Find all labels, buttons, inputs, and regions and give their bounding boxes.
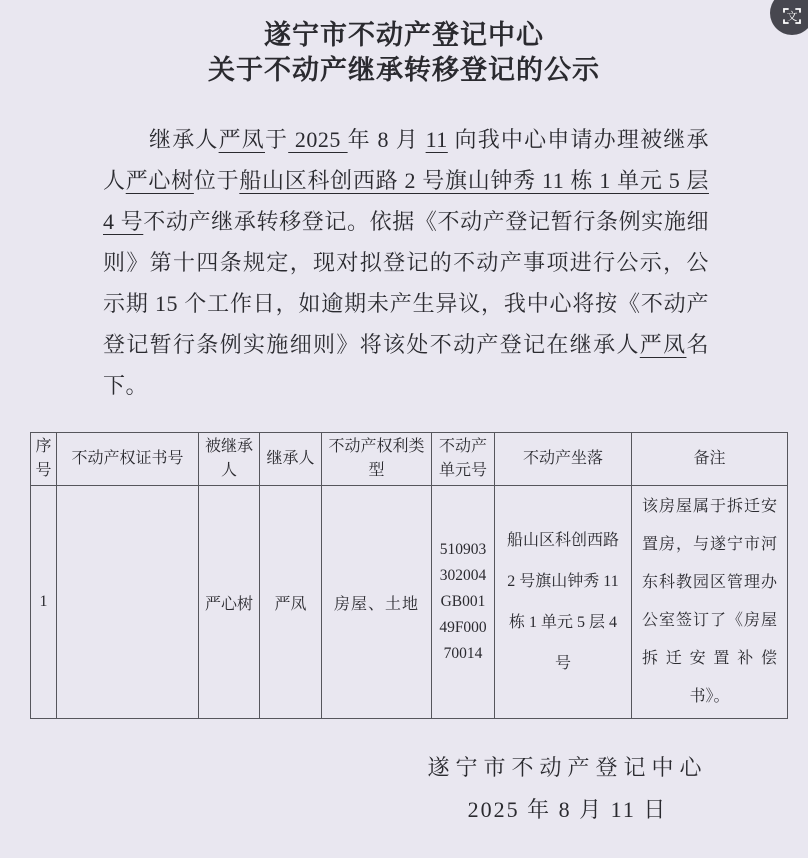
text-run: 继承人	[149, 127, 219, 152]
signature-date: 2025 年 8 月 11 日	[425, 795, 710, 825]
header-decedent: 被继承人	[199, 433, 260, 486]
table-row: 1 严心树 严凤 房屋、土地 510903302004GB00149F00070…	[31, 486, 788, 719]
header-unit-no: 不动产单元号	[432, 433, 495, 486]
cell-seq: 1	[31, 486, 57, 719]
underlined-text-run: 严凤	[219, 127, 265, 152]
underlined-text-run: 严凤	[640, 332, 687, 357]
text-run: 位于	[194, 168, 239, 193]
text-run: 不动产继承转移登记。依据《不动产登记暂行条例实施细则》第十四条规定，现对拟登记的…	[103, 209, 709, 357]
underlined-text-run: 2025	[288, 127, 347, 152]
header-right-type: 不动产权利类型	[322, 433, 432, 486]
registration-table: 序号 不动产权证书号 被继承人 继承人 不动产权利类型 不动产单元号 不动产坐落…	[30, 432, 788, 719]
underlined-text-run: 11	[426, 127, 448, 152]
scanned-notice-page: 文 遂宁市不动产登记中心 关于不动产继承转移登记的公示 继承人严凤于 2025 …	[0, 0, 808, 858]
header-cert-no: 不动产权证书号	[57, 433, 199, 486]
header-heir: 继承人	[260, 433, 322, 486]
cell-unit-no: 510903302004GB00149F00070014	[432, 486, 495, 719]
signature-block: 遂宁市不动产登记中心 2025 年 8 月 11 日	[425, 753, 710, 825]
header-seq: 序号	[31, 433, 57, 486]
header-location: 不动产坐落	[495, 433, 632, 486]
notice-paragraph: 继承人严凤于 2025 年 8 月 11 向我中心申请办理被继承人严心树位于船山…	[103, 119, 709, 406]
cell-heir: 严凤	[260, 486, 322, 719]
underlined-text-run: 严心树	[126, 168, 194, 193]
cell-right-type: 房屋、土地	[322, 486, 432, 719]
table-header-row: 序号 不动产权证书号 被继承人 继承人 不动产权利类型 不动产单元号 不动产坐落…	[31, 433, 788, 486]
document-title: 遂宁市不动产登记中心 关于不动产继承转移登记的公示	[0, 18, 808, 88]
cell-remark: 该房屋属于拆迁安置房，与遂宁市河东科教园区管理办公室签订了《房屋拆迁安置补偿书》…	[632, 486, 788, 719]
text-run: 年 8 月	[348, 127, 426, 152]
header-remark: 备注	[632, 433, 788, 486]
cell-location: 船山区科创西路 2 号旗山钟秀 11 栋 1 单元 5 层 4 号	[495, 486, 632, 719]
signature-org: 遂宁市不动产登记中心	[425, 753, 710, 783]
document-title-line1: 遂宁市不动产登记中心	[0, 18, 808, 53]
cell-decedent: 严心树	[199, 486, 260, 719]
cell-cert-no	[57, 486, 199, 719]
document-title-line2: 关于不动产继承转移登记的公示	[0, 53, 808, 88]
text-run: 于	[265, 127, 288, 152]
